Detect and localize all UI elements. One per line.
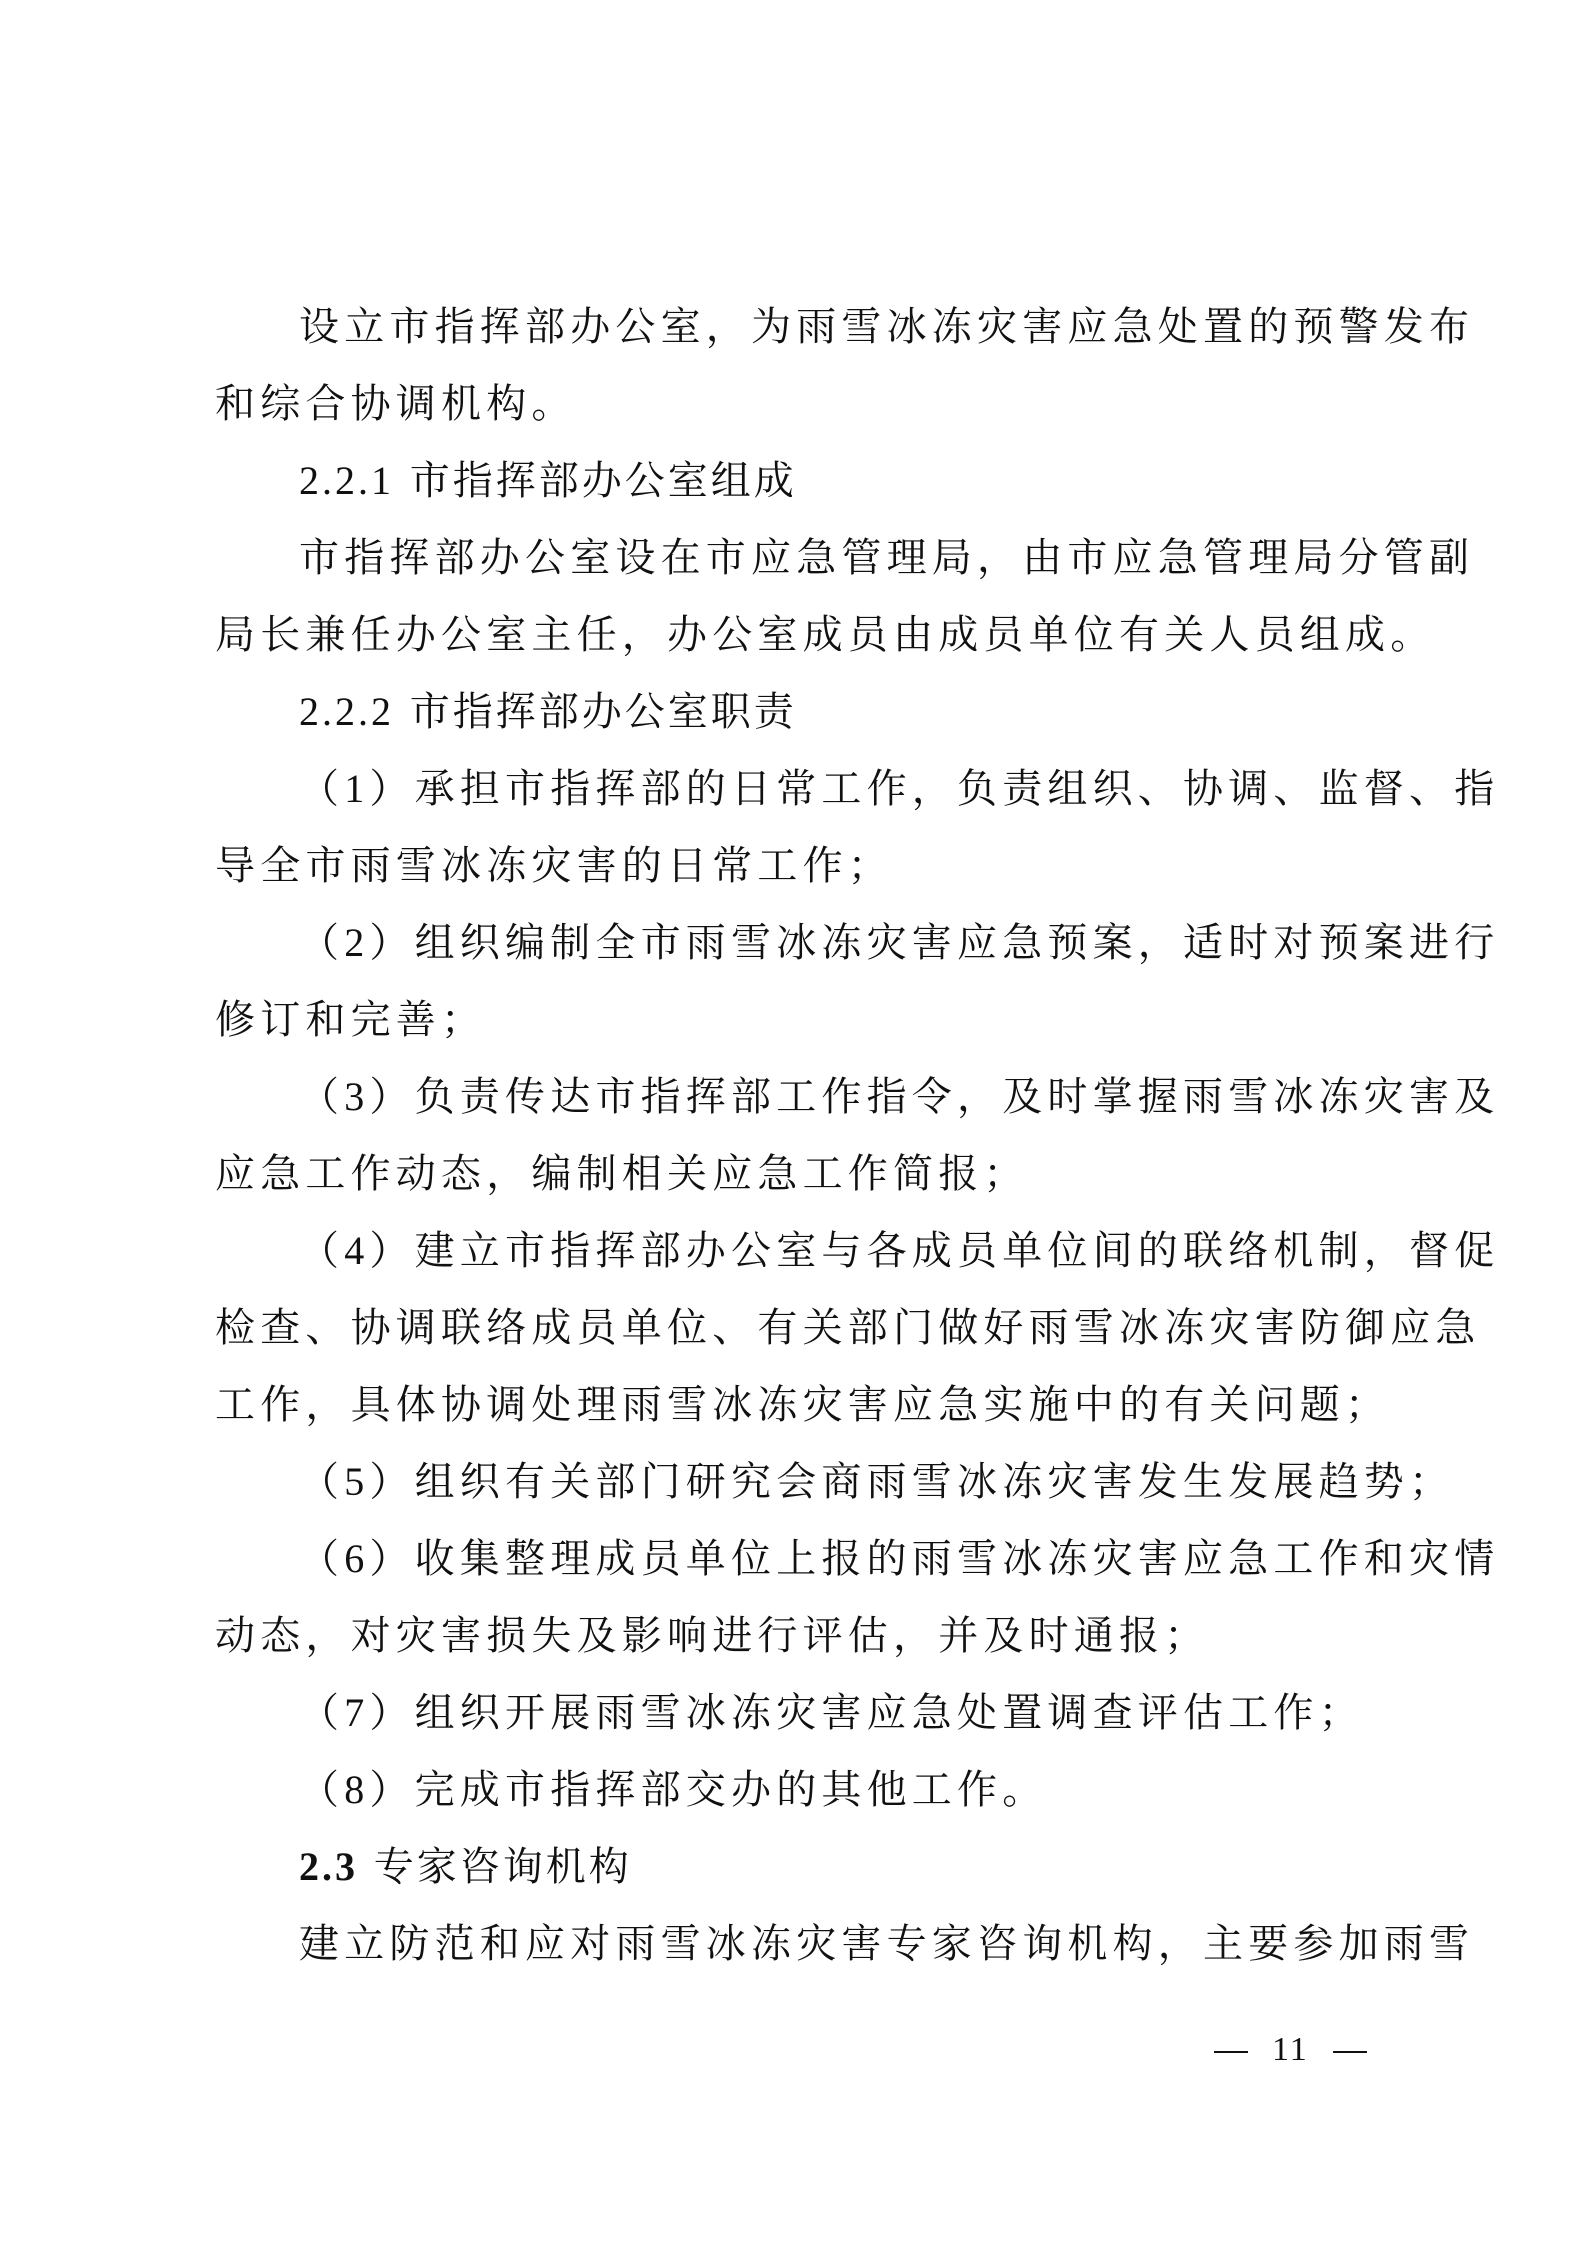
section-heading-2-3: 2.3 专家咨询机构 xyxy=(299,1842,632,1892)
paragraph-line: 市指挥部办公室设在市应急管理局，由市应急管理局分管副 xyxy=(299,533,1474,583)
list-item-continuation: 工作，具体协调处理雨雪冰冻灾害应急实施中的有关问题； xyxy=(215,1380,1390,1430)
list-item-1: （1）承担市指挥部的日常工作，负责组织、协调、监督、指 xyxy=(299,764,1499,814)
dash-right xyxy=(1333,2051,1367,2053)
subheading-2-2-1: 2.2.1 市指挥部办公室组成 xyxy=(299,456,797,506)
subheading-number: 2.2.2 xyxy=(299,689,394,734)
list-item-text: 建立市指挥部办公室与各成员单位间的联络机制，督促 xyxy=(415,1228,1500,1274)
list-item-text: 负责传达市指挥部工作指令，及时掌握雨雪冰冻灾害及 xyxy=(415,1074,1500,1120)
list-item-text: 组织开展雨雪冰冻灾害应急处置调查评估工作； xyxy=(415,1690,1364,1736)
list-item-continuation: 动态，对灾害损失及影响进行评估，并及时通报； xyxy=(215,1611,1209,1661)
list-marker: （8） xyxy=(299,1767,415,1812)
subheading-title: 市指挥部办公室组成 xyxy=(410,458,797,504)
list-item-3: （3）负责传达市指挥部工作指令，及时掌握雨雪冰冻灾害及 xyxy=(299,1072,1499,1122)
list-item-text: 组织有关部门研究会商雨雪冰冻灾害发生发展趋势； xyxy=(415,1459,1455,1505)
list-item-8: （8）完成市指挥部交办的其他工作。 xyxy=(299,1765,1047,1815)
page-number-value: 11 xyxy=(1272,2031,1309,2068)
list-item-continuation: 修订和完善； xyxy=(215,995,486,1045)
subheading-2-2-2: 2.2.2 市指挥部办公室职责 xyxy=(299,687,797,737)
list-item-continuation: 应急工作动态，编制相关应急工作简报； xyxy=(215,1149,1029,1199)
paragraph-line: 和综合协调机构。 xyxy=(215,379,577,429)
list-marker: （5） xyxy=(299,1459,415,1504)
list-item-text: 完成市指挥部交办的其他工作。 xyxy=(415,1767,1048,1813)
list-item-text: 收集整理成员单位上报的雨雪冰冻灾害应急工作和灾情 xyxy=(415,1536,1500,1582)
list-item-text: 组织编制全市雨雪冰冻灾害应急预案，适时对预案进行 xyxy=(415,920,1500,966)
paragraph-line: 建立防范和应对雨雪冰冻灾害专家咨询机构，主要参加雨雪 xyxy=(299,1919,1474,1969)
subheading-title: 市指挥部办公室职责 xyxy=(410,689,797,735)
list-marker: （2） xyxy=(299,920,415,965)
subheading-number: 2.2.1 xyxy=(299,458,394,503)
list-item-text: 承担市指挥部的日常工作，负责组织、协调、监督、指 xyxy=(415,766,1500,812)
list-marker: （3） xyxy=(299,1074,415,1119)
list-item-continuation: 导全市雨雪冰冻灾害的日常工作； xyxy=(215,841,893,891)
list-marker: （1） xyxy=(299,766,415,811)
list-item-continuation: 检查、协调联络成员单位、有关部门做好雨雪冰冻灾害防御应急 xyxy=(215,1303,1481,1353)
page-number: 11 xyxy=(1190,2030,1391,2070)
list-marker: （7） xyxy=(299,1690,415,1735)
section-number: 2.3 xyxy=(299,1844,358,1889)
paragraph-line: 设立市指挥部办公室，为雨雪冰冻灾害应急处置的预警发布 xyxy=(299,302,1474,352)
list-item-7: （7）组织开展雨雪冰冻灾害应急处置调查评估工作； xyxy=(299,1688,1364,1738)
section-title: 专家咨询机构 xyxy=(374,1844,632,1890)
list-item-2: （2）组织编制全市雨雪冰冻灾害应急预案，适时对预案进行 xyxy=(299,918,1499,968)
list-item-4: （4）建立市指挥部办公室与各成员单位间的联络机制，督促 xyxy=(299,1226,1499,1276)
list-marker: （4） xyxy=(299,1228,415,1273)
paragraph-line: 局长兼任办公室主任，办公室成员由成员单位有关人员组成。 xyxy=(215,610,1435,660)
list-item-5: （5）组织有关部门研究会商雨雪冰冻灾害发生发展趋势； xyxy=(299,1457,1454,1507)
list-item-6: （6）收集整理成员单位上报的雨雪冰冻灾害应急工作和灾情 xyxy=(299,1534,1499,1584)
dash-left xyxy=(1214,2051,1248,2053)
list-marker: （6） xyxy=(299,1536,415,1581)
